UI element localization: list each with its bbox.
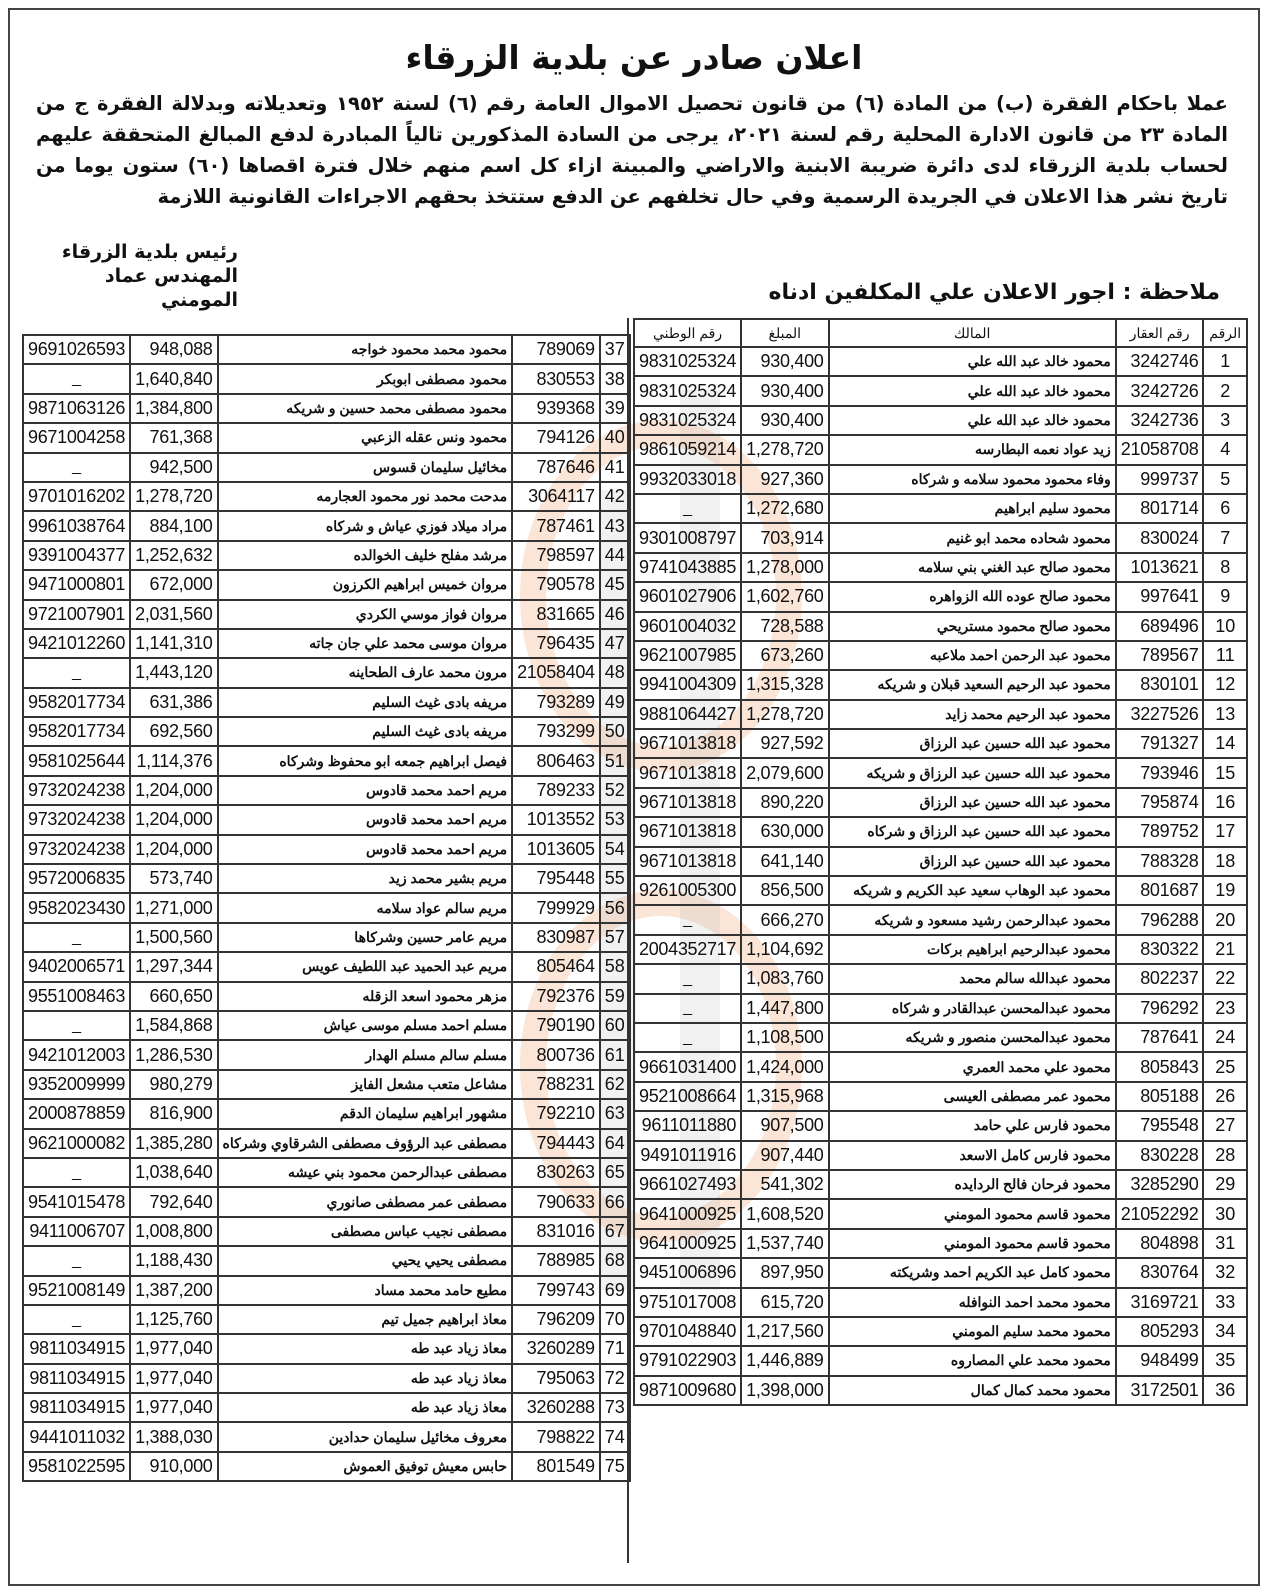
national-id-cell: 9701048840 [634,1317,741,1346]
table-row: 96210000821,385,280مصطفى عبد الرؤوف مصطف… [23,1129,630,1158]
owner-name-cell: مصطفى عبدالرحمن محمود بني عيشه [218,1158,513,1187]
amount-cell: 1,424,000 [741,1052,828,1081]
row-index-cell: 11 [1203,641,1247,670]
amount-cell: 641,140 [741,847,828,876]
owner-name-cell: محمود محمد كمال كمال [829,1376,1116,1405]
row-index-cell: 54 [600,835,630,864]
owner-name-cell: زيد عواد نعمه البطارسه [829,435,1116,464]
property-number-cell: 789069 [512,335,600,364]
row-index-cell: 30 [1203,1199,1247,1228]
national-id-cell: _ [634,994,741,1023]
owner-name-cell: معاذ زياد عبد طه [218,1364,513,1393]
property-number-cell: 788328 [1116,847,1204,876]
property-number-cell: 793289 [512,688,600,717]
owner-name-cell: مريفه بادى غيث السليم [218,688,513,717]
table-row: 94410110321,388,030معروف مخائيل سليمان ح… [23,1422,630,1451]
owner-name-cell: محمود فارس علي حامد [829,1111,1116,1140]
row-index-cell: 34 [1203,1317,1247,1346]
owner-name-cell: فيصل ابراهيم جمعه ابو محفوظ وشركاه [218,746,513,775]
property-number-cell: 788985 [512,1246,600,1275]
national-id-cell: _ [23,658,130,687]
row-index-cell: 68 [600,1246,630,1275]
row-index-cell: 5 [1203,465,1247,494]
table-row: _1,083,760محمود عبدالله سالم محمد8022372… [634,964,1247,993]
national-id-cell: 9691026593 [23,335,130,364]
table-row: 9471000801672,000مروان خميس ابراهيم الكر… [23,570,630,599]
owner-name-cell: محمود سليم ابراهيم [829,494,1116,523]
table-row: _1,443,120مرون محمد عارف الطحاينه2105840… [23,658,630,687]
owner-name-cell: محمود عبدالمحسن منصور و شريكه [829,1023,1116,1052]
owner-name-cell: محمود عبدالرحمن رشيد مسعود و شريكه [829,905,1116,934]
owner-name-cell: مريم احمد محمد قادوس [218,835,513,864]
row-index-cell: 53 [600,805,630,834]
table-row: 95210086641,315,968محمود عمر مصطفى العيس… [634,1082,1247,1111]
national-id-cell: 9621007985 [634,641,741,670]
amount-cell: 927,360 [741,465,828,494]
amount-cell: 692,560 [130,717,217,746]
table-row: 9751017008615,720محمود محمد احمد النوافل… [634,1288,1247,1317]
property-number-cell: 3242726 [1116,376,1204,405]
table-row: 98810644271,278,720محمود عبد الرحيم محمد… [634,700,1247,729]
national-id-cell: _ [23,1158,130,1187]
national-id-cell: 9701016202 [23,482,130,511]
national-id-cell: 9352009999 [23,1070,130,1099]
owner-name-cell: حابس معيش توفيق العموش [218,1452,513,1481]
amount-cell: 884,100 [130,511,217,540]
table-row: 9582017734692,560مريفه بادى غيث السليم79… [23,717,630,746]
taxpayers-table-left: 9691026593948,088محمود محمد محمود خواجه7… [22,334,631,1482]
row-index-cell: 13 [1203,700,1247,729]
row-index-cell: 2 [1203,376,1247,405]
row-index-cell: 59 [600,982,630,1011]
property-number-cell: 830101 [1116,670,1204,699]
amount-cell: 541,302 [741,1170,828,1199]
property-number-cell: 794443 [512,1129,600,1158]
row-index-cell: 72 [600,1364,630,1393]
table-row: 9541015478792,640مصطفى عمر مصطفى صانوري7… [23,1187,630,1216]
national-id-cell: 9402006571 [23,952,130,981]
national-id-cell: 9881064427 [634,700,741,729]
amount-cell: 910,000 [130,1452,217,1481]
property-number-cell: 789233 [512,776,600,805]
property-number-cell: 831016 [512,1217,600,1246]
owner-name-cell: محمود عبد الله حسين عبد الرزاق [829,729,1116,758]
row-index-cell: 50 [600,717,630,746]
amount-cell: 1,315,328 [741,670,828,699]
owner-name-cell: محمود قاسم محمود المومني [829,1199,1116,1228]
amount-cell: 1,114,376 [130,746,217,775]
table-row: 96610314001,424,000محمود علي محمد العمري… [634,1052,1247,1081]
table-row: _942,500مخائيل سليمان قسوس78764641 [23,453,630,482]
amount-cell: 703,914 [741,523,828,552]
table-row: 94210122601,141,310مروان موسى محمد علي ج… [23,629,630,658]
property-number-cell: 801714 [1116,494,1204,523]
national-id-cell: 9671013818 [634,758,741,787]
owner-name-cell: مصطفى يحيي يحيي [218,1246,513,1275]
table-row: 9352009999980,279مشاعل متعب مشعل الفايز7… [23,1070,630,1099]
owner-name-cell: محمود مصطفى محمد حسين و شريكه [218,394,513,423]
amount-cell: 1,640,840 [130,364,217,393]
row-index-cell: 48 [600,658,630,687]
property-number-cell: 805188 [1116,1082,1204,1111]
national-id-cell: 9301008797 [634,523,741,552]
amount-cell: 1,447,800 [741,994,828,1023]
owner-name-cell: مشاعل متعب مشعل الفايز [218,1070,513,1099]
owner-name-cell: محمود عبدالرحيم ابراهيم بركات [829,935,1116,964]
row-index-cell: 9 [1203,582,1247,611]
amount-cell: 1,108,500 [741,1023,828,1052]
owner-name-cell: محمود صالح عوده الله الزواهره [829,582,1116,611]
national-id-cell: 9521008664 [634,1082,741,1111]
property-number-cell: 21052292 [1116,1199,1204,1228]
property-number-cell: 790578 [512,570,600,599]
property-number-cell: 948499 [1116,1346,1204,1375]
owner-name-cell: مشهور ابراهيم سليمان الدقم [218,1099,513,1128]
owner-name-cell: مراد ميلاد فوزي عياش و شركاه [218,511,513,540]
property-number-cell: 795063 [512,1364,600,1393]
table-row: 97320242381,204,000مريم احمد محمد قادوس1… [23,805,630,834]
table-row: 94020065711,297,344مريم عبد الحميد عبد ا… [23,952,630,981]
row-index-cell: 65 [600,1158,630,1187]
row-index-cell: 14 [1203,729,1247,758]
property-number-cell: 3227526 [1116,700,1204,729]
table-row: 9831025324930,400محمود خالد عبد الله علي… [634,376,1247,405]
national-id-cell: 9582017734 [23,717,130,746]
row-index-cell: 57 [600,923,630,952]
national-id-cell: _ [634,905,741,934]
row-index-cell: 29 [1203,1170,1247,1199]
amount-cell: 761,368 [130,423,217,452]
property-number-cell: 787641 [1116,1023,1204,1052]
owner-name-cell: معاذ زياد عبد طه [218,1393,513,1422]
row-index-cell: 33 [1203,1288,1247,1317]
row-index-cell: 62 [600,1070,630,1099]
amount-cell: 890,220 [741,788,828,817]
property-number-cell: 799743 [512,1276,600,1305]
amount-cell: 2,031,560 [130,600,217,629]
owner-name-cell: مصطفى عمر مصطفى صانوري [218,1187,513,1216]
table-row: 2000878859816,900مشهور ابراهيم سليمان ال… [23,1099,630,1128]
national-id-cell: _ [634,494,741,523]
amount-cell: 573,740 [130,864,217,893]
national-id-cell: 9861059214 [634,435,741,464]
amount-cell: 1,297,344 [130,952,217,981]
signature-block: رئيس بلدية الزرقاء المهندس عماد المومني [38,240,238,312]
property-number-cell: 997641 [1116,582,1204,611]
national-id-cell: _ [23,1246,130,1275]
row-index-cell: 19 [1203,876,1247,905]
national-id-cell: 9421012003 [23,1040,130,1069]
owner-name-cell: محمود كامل عبد الكريم احمد وشريكته [829,1258,1116,1287]
national-id-cell: 9261005300 [634,876,741,905]
owner-name-cell: مريم سالم عواد سلامه [218,893,513,922]
row-index-cell: 4 [1203,435,1247,464]
table-row: 96010279061,602,760محمود صالح عوده الله … [634,582,1247,611]
table-row: 96710138182,079,600محمود عبد الله حسين ع… [634,758,1247,787]
property-number-cell: 830024 [1116,523,1204,552]
table-row: 97410438851,278,000محمود صالح عبد الغني … [634,553,1247,582]
national-id-cell: 9601027906 [634,582,741,611]
national-id-cell: 9671013818 [634,729,741,758]
national-id-cell: 9811034915 [23,1364,130,1393]
row-index-cell: 61 [600,1040,630,1069]
row-index-cell: 56 [600,893,630,922]
table-row: 9581022595910,000حابس معيش توفيق العموش8… [23,1452,630,1481]
announcement-note: ملاحظة : اجور الاعلان علي المكلفين ادناه [768,280,1220,305]
property-number-cell: 999737 [1116,465,1204,494]
table-row: 9261005300856,500محمود عبد الوهاب سعيد ع… [634,876,1247,905]
owner-name-cell: مريم احمد محمد قادوس [218,776,513,805]
amount-cell: 942,500 [130,453,217,482]
property-number-cell: 788231 [512,1070,600,1099]
amount-cell: 1,278,720 [741,700,828,729]
national-id-cell: 9582023430 [23,893,130,922]
property-number-cell: 795548 [1116,1111,1204,1140]
table-row: 94210120031,286,530مسلم سالم مسلم الهدار… [23,1040,630,1069]
amount-cell: 1,038,640 [130,1158,217,1187]
table-row: 9451006896897,950محمود كامل عبد الكريم ا… [634,1258,1247,1287]
owner-name-cell: مريم عامر حسين وشركاها [218,923,513,952]
signature-name: المهندس عماد المومني [38,264,238,312]
table-row: 9671004258761,368محمود ونس عقله الزعبي79… [23,423,630,452]
table-row: 9671013818927,592محمود عبد الله حسين عبد… [634,729,1247,758]
owner-name-cell: مروان فواز موسي الكردي [218,600,513,629]
amount-cell: 1,188,430 [130,1246,217,1275]
signature-title: رئيس بلدية الزرقاء [38,240,238,264]
property-number-cell: 3285290 [1116,1170,1204,1199]
national-id-cell: _ [634,964,741,993]
table-row: 98710096801,398,000محمود محمد كمال كمال3… [634,1376,1247,1405]
table-row: 97010162021,278,720مدحت محمد نور محمود ا… [23,482,630,511]
table-row: 93910043771,252,632مرشد مفلح خليف الخوال… [23,541,630,570]
amount-cell: 1,315,968 [741,1082,828,1111]
amount-cell: 1,608,520 [741,1199,828,1228]
row-index-cell: 49 [600,688,630,717]
amount-cell: 1,252,632 [130,541,217,570]
amount-cell: 1,387,200 [130,1276,217,1305]
table-row: 95210081491,387,200مطيع حامد محمد مساد79… [23,1276,630,1305]
property-number-cell: 805843 [1116,1052,1204,1081]
property-number-cell: 3064117 [512,482,600,511]
national-id-cell: 9932033018 [634,465,741,494]
national-id-cell: 9391004377 [23,541,130,570]
amount-cell: 1,217,560 [741,1317,828,1346]
amount-cell: 1,388,030 [130,1422,217,1451]
amount-cell: 2,079,600 [741,758,828,787]
owner-name-cell: مخائيل سليمان قسوس [218,453,513,482]
amount-cell: 1,104,692 [741,935,828,964]
table-row: 9671013818890,220محمود عبد الله حسين عبد… [634,788,1247,817]
owner-name-cell: مروان موسى محمد علي جان جاته [218,629,513,658]
national-id-cell: 9721007901 [23,600,130,629]
national-id-cell: _ [23,364,130,393]
property-number-cell: 689496 [1116,612,1204,641]
property-number-cell: 3242736 [1116,406,1204,435]
property-number-cell: 831665 [512,600,600,629]
table-row: _1,500,560مريم عامر حسين وشركاها83098757 [23,923,630,952]
owner-name-cell: محمود عبد الله حسين عبد الرزاق و شريكه [829,758,1116,787]
table-row: 99410043091,315,328محمود عبد الرحيم السع… [634,670,1247,699]
amount-cell: 1,384,800 [130,394,217,423]
national-id-cell: 9831025324 [634,406,741,435]
owner-name-cell: محمود خالد عبد الله علي [829,376,1116,405]
table-row: 98610592141,278,720زيد عواد نعمه البطارس… [634,435,1247,464]
row-index-cell: 20 [1203,905,1247,934]
owner-name-cell: محمود شحاده محمد ابو غنيم [829,523,1116,552]
owner-name-cell: محمود عبد الله حسين عبد الرزاق [829,847,1116,876]
row-index-cell: 1 [1203,347,1247,376]
national-id-cell: 9661031400 [634,1052,741,1081]
national-id-cell: 9451006896 [634,1258,741,1287]
amount-cell: 1,977,040 [130,1334,217,1363]
row-index-cell: 15 [1203,758,1247,787]
owner-name-cell: مصطفى عبد الرؤوف مصطفى الشرقاوي وشركاه [218,1129,513,1158]
owner-name-cell: محمود قاسم محمود المومني [829,1229,1116,1258]
national-id-cell: 9791022903 [634,1346,741,1375]
row-index-cell: 7 [1203,523,1247,552]
table-row: 96410009251,537,740محمود قاسم محمود المو… [634,1229,1247,1258]
owner-name-cell: مسلم سالم مسلم الهدار [218,1040,513,1069]
property-number-cell: 21058404 [512,658,600,687]
property-number-cell: 1013605 [512,835,600,864]
amount-cell: 930,400 [741,376,828,405]
amount-cell: 660,650 [130,982,217,1011]
national-id-cell: 9541015478 [23,1187,130,1216]
national-id-cell: 9961038764 [23,511,130,540]
owner-name-cell: محمود فارس كامل الاسعد [829,1141,1116,1170]
header-index: الرقم [1203,319,1247,347]
row-index-cell: 40 [600,423,630,452]
national-id-cell: 9581022595 [23,1452,130,1481]
national-id-cell: 9582017734 [23,688,130,717]
amount-cell: 1,271,000 [130,893,217,922]
amount-cell: 1,398,000 [741,1376,828,1405]
row-index-cell: 17 [1203,817,1247,846]
property-number-cell: 796435 [512,629,600,658]
property-number-cell: 830263 [512,1158,600,1187]
table-row: 9611011880907,500محمود فارس علي حامد7955… [634,1111,1247,1140]
national-id-cell: 9572006835 [23,864,130,893]
row-index-cell: 44 [600,541,630,570]
row-index-cell: 26 [1203,1082,1247,1111]
row-index-cell: 12 [1203,670,1247,699]
table-row: 97010488401,217,560محمود محمد سليم الموم… [634,1317,1247,1346]
property-number-cell: 3260289 [512,1334,600,1363]
property-number-cell: 791327 [1116,729,1204,758]
table-row: 9961038764884,100مراد ميلاد فوزي عياش و … [23,511,630,540]
row-index-cell: 31 [1203,1229,1247,1258]
table-row: 9671013818641,140محمود عبد الله حسين عبد… [634,847,1247,876]
owner-name-cell: محمود عبد الله حسين عبد الرزاق و شركاه [829,817,1116,846]
owner-name-cell: محمود خالد عبد الله علي [829,406,1116,435]
table-row: 9661027493541,302محمود فرحان فالح الرداي… [634,1170,1247,1199]
property-number-cell: 3242746 [1116,347,1204,376]
row-index-cell: 38 [600,364,630,393]
table-row: _1,108,500محمود عبدالمحسن منصور و شريكه7… [634,1023,1247,1052]
owner-name-cell: محمود عبدالله سالم محمد [829,964,1116,993]
national-id-cell: 2004352717 [634,935,741,964]
amount-cell: 1,278,720 [741,435,828,464]
row-index-cell: 16 [1203,788,1247,817]
amount-cell: 631,386 [130,688,217,717]
national-id-cell: 9741043885 [634,553,741,582]
table-row: 9601004032728,588محمود صالح محمود مستريح… [634,612,1247,641]
national-id-cell: 9671004258 [23,423,130,452]
row-index-cell: 8 [1203,553,1247,582]
owner-name-cell: محمود عمر مصطفى العيسى [829,1082,1116,1111]
property-number-cell: 801687 [1116,876,1204,905]
property-number-cell: 793299 [512,717,600,746]
row-index-cell: 22 [1203,964,1247,993]
amount-cell: 1,083,760 [741,964,828,993]
row-index-cell: 73 [600,1393,630,1422]
owner-name-cell: مرشد مفلح خليف الخوالده [218,541,513,570]
property-number-cell: 790190 [512,1011,600,1040]
table-row: 98110349151,977,040معاذ زياد عبد طه79506… [23,1364,630,1393]
owner-name-cell: محمود علي محمد العمري [829,1052,1116,1081]
national-id-cell: 9621000082 [23,1129,130,1158]
table-row: 20043527171,104,692محمود عبدالرحيم ابراه… [634,935,1247,964]
property-number-cell: 1013552 [512,805,600,834]
property-number-cell: 800736 [512,1040,600,1069]
owner-name-cell: محمود مصطفى ابوبكر [218,364,513,393]
amount-cell: 728,588 [741,612,828,641]
amount-cell: 856,500 [741,876,828,905]
header-owner: المالك [829,319,1116,347]
national-id-cell: 9411006707 [23,1217,130,1246]
row-index-cell: 47 [600,629,630,658]
row-index-cell: 69 [600,1276,630,1305]
property-number-cell: 792376 [512,982,600,1011]
amount-cell: 930,400 [741,347,828,376]
table-row: 95810256441,114,376فيصل ابراهيم جمعه ابو… [23,746,630,775]
property-number-cell: 796209 [512,1305,600,1334]
header-amount: المبلغ [741,319,828,347]
owner-name-cell: محمود خالد عبد الله علي [829,347,1116,376]
amount-cell: 1,977,040 [130,1364,217,1393]
national-id-cell: 9671013818 [634,817,741,846]
amount-cell: 1,278,000 [741,553,828,582]
property-number-cell: 21058708 [1116,435,1204,464]
row-index-cell: 32 [1203,1258,1247,1287]
owner-name-cell: محمود عبد الله حسين عبد الرزاق [829,788,1116,817]
amount-cell: 630,000 [741,817,828,846]
table-row: _1,188,430مصطفى يحيي يحيي78898568 [23,1246,630,1275]
table-row: 98110349151,977,040معاذ زياد عبد طه32602… [23,1334,630,1363]
row-index-cell: 42 [600,482,630,511]
national-id-cell: 9471000801 [23,570,130,599]
row-index-cell: 37 [600,335,630,364]
row-index-cell: 3 [1203,406,1247,435]
table-row: 96410009251,608,520محمود قاسم محمود المو… [634,1199,1247,1228]
property-number-cell: 805293 [1116,1317,1204,1346]
table-header-row: رقم الوطني المبلغ المالك رقم العقار الرق… [634,319,1247,347]
table-row: _1,272,680محمود سليم ابراهيم8017146 [634,494,1247,523]
table-row: 9301008797703,914محمود شحاده محمد ابو غن… [634,523,1247,552]
table-row: 9551008463660,650مزهر محمود اسعد الزقله7… [23,982,630,1011]
table-row: 98110349151,977,040معاذ زياد عبد طه32602… [23,1393,630,1422]
table-row: 9621007985673,260محمود عبد الرحمن احمد م… [634,641,1247,670]
table-row: 9831025324930,400محمود خالد عبد الله علي… [634,347,1247,376]
amount-cell: 1,204,000 [130,835,217,864]
amount-cell: 1,286,530 [130,1040,217,1069]
national-id-cell: _ [23,923,130,952]
amount-cell: 927,592 [741,729,828,758]
amount-cell: 1,125,760 [130,1305,217,1334]
row-index-cell: 43 [600,511,630,540]
header-property-no: رقم العقار [1116,319,1204,347]
property-number-cell: 789567 [1116,641,1204,670]
